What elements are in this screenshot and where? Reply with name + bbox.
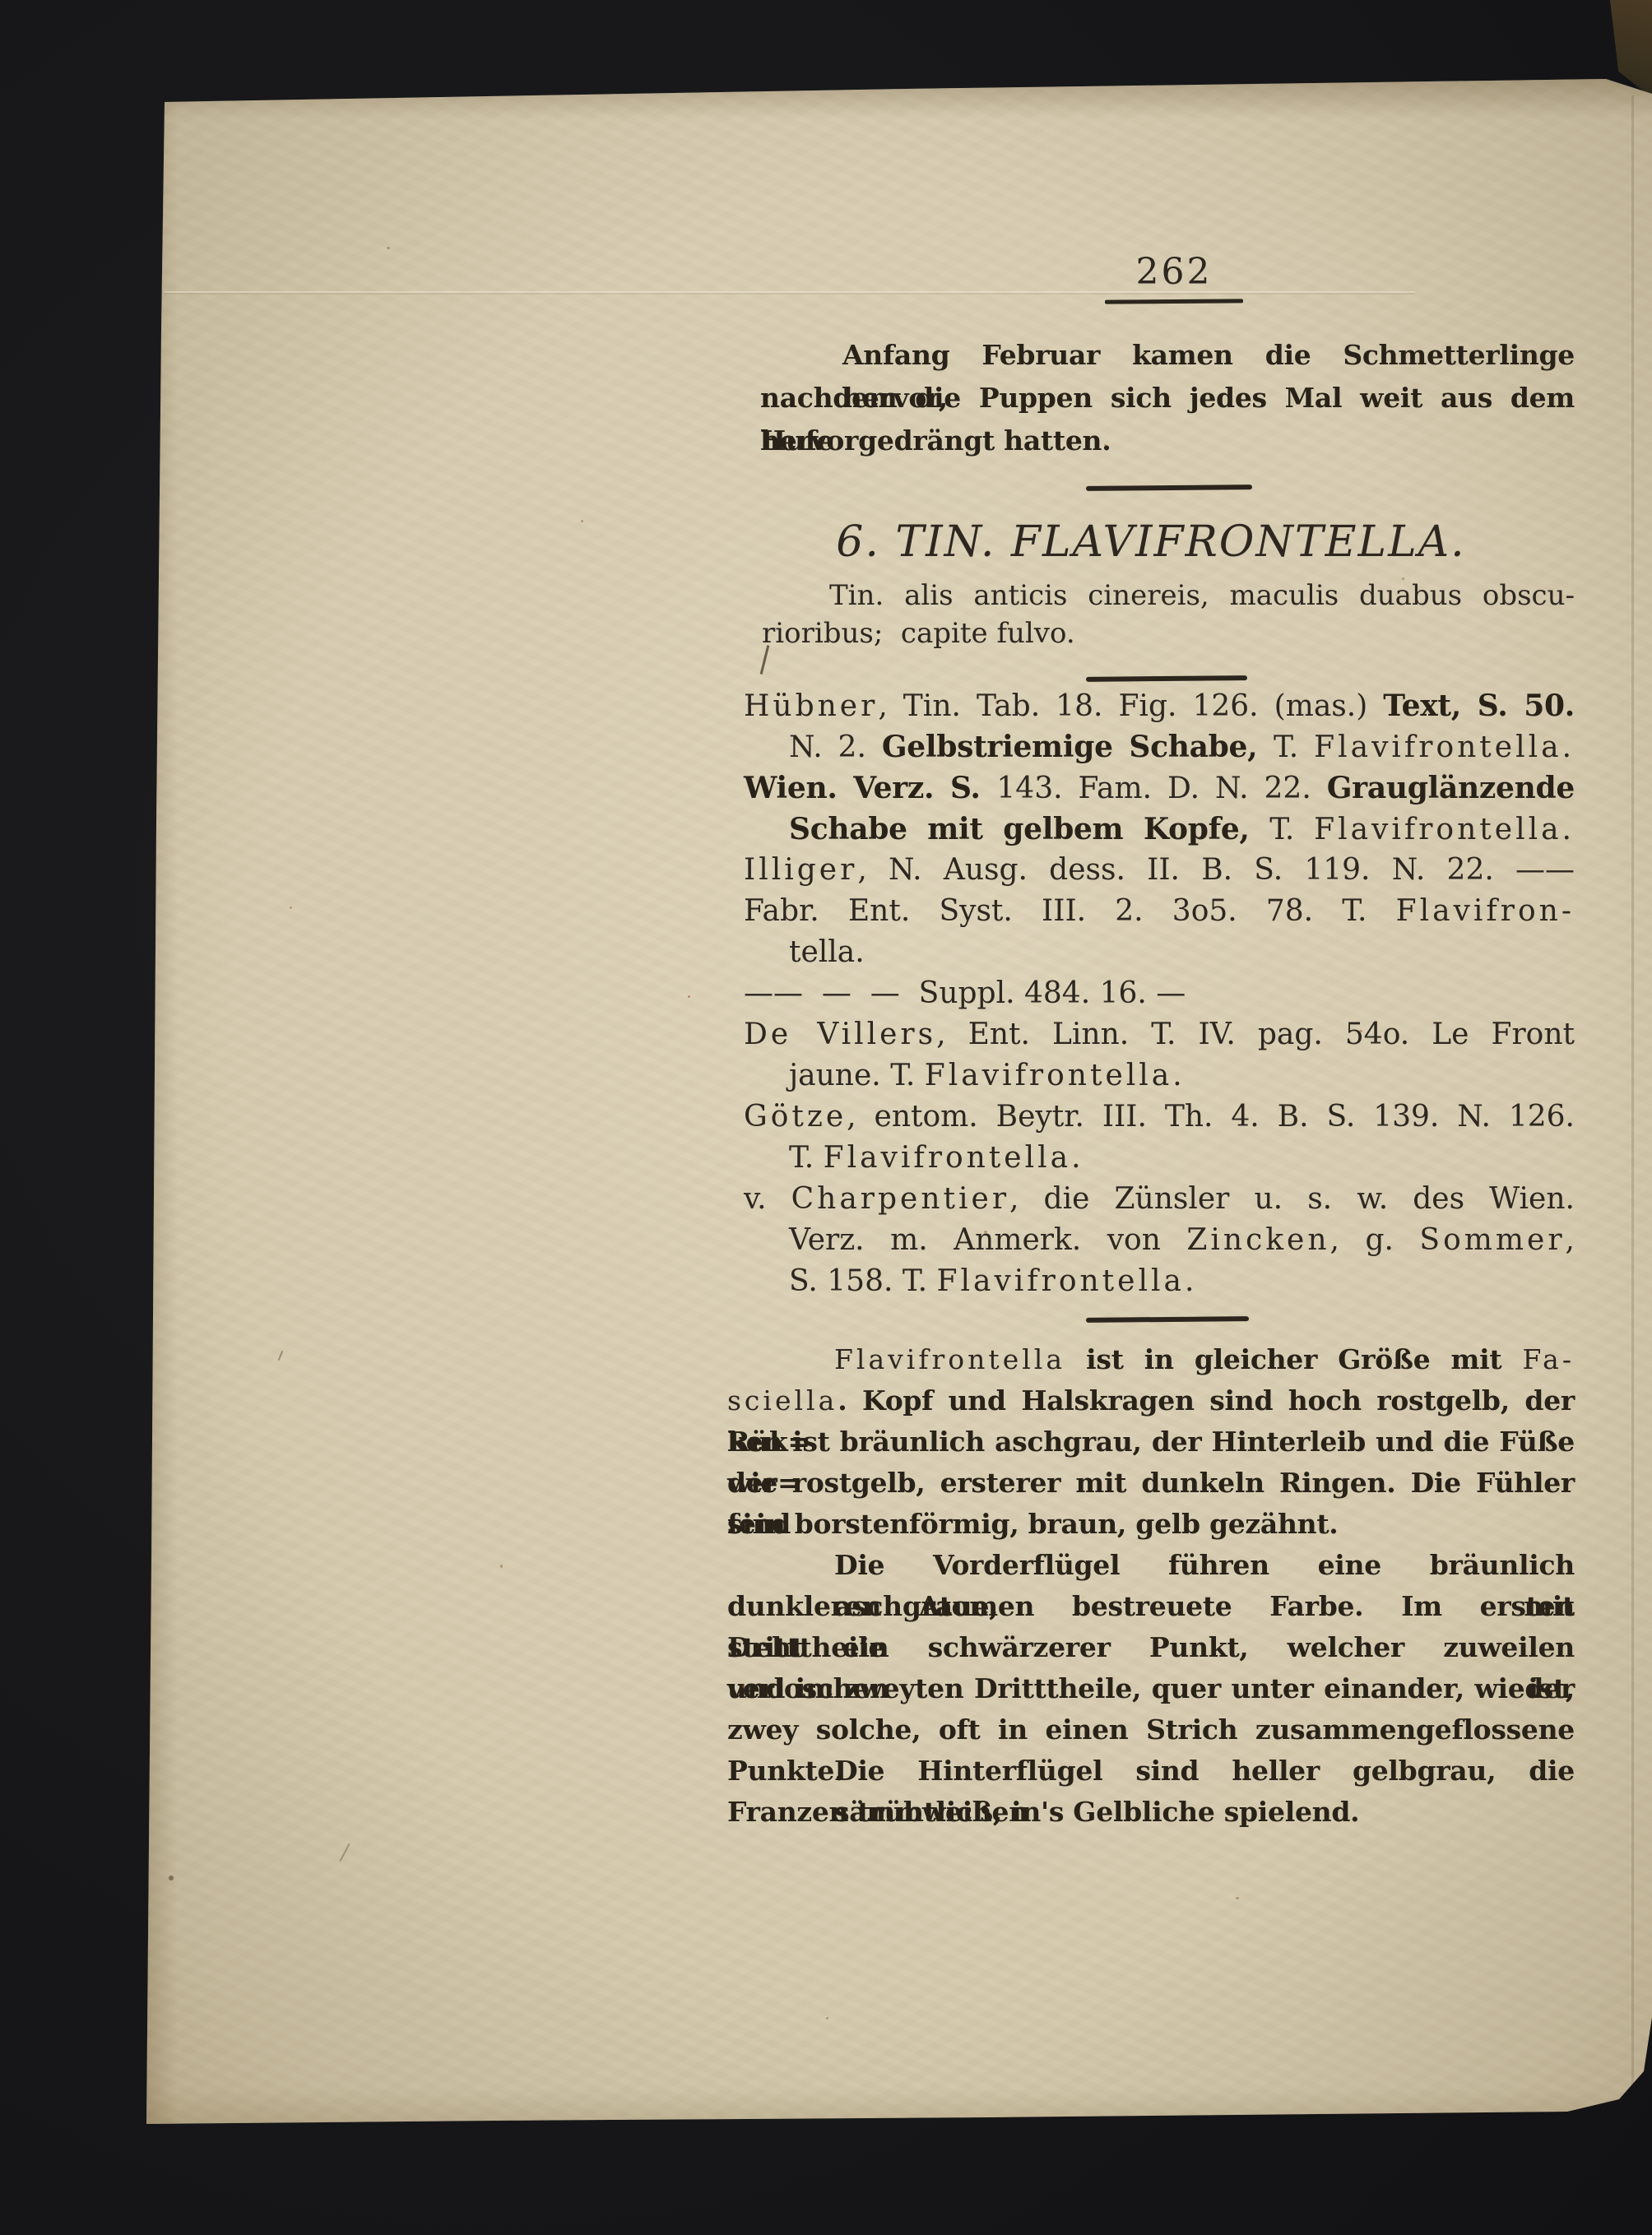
antiqua-text: , Ent. Linn. T. IV. pag. 54o. Le Front: [936, 1018, 1575, 1051]
text-line: und im zweyten Dritttheile, quer unter e…: [727, 1668, 1575, 1709]
scanned-book-photo: 262 Anfang Februar kamen die Schmetterli…: [0, 0, 1652, 2235]
spaced-name-text: Sommer: [1419, 1223, 1565, 1257]
antiqua-text: , entom. Beytr. III. Th. 4. B. S. 139. N…: [847, 1100, 1575, 1134]
text-line: zwey solche, oft in einen Strich zusamme…: [727, 1709, 1575, 1750]
text-line: Hübner, Tin. Tab. 18. Fig. 126. (mas.) T…: [744, 685, 1575, 726]
paper-speck: [742, 1685, 745, 1688]
text-line: Tin. alis anticis cinereis, maculis duab…: [762, 577, 1575, 614]
text-line: jaune. T. Flavifrontella.: [744, 1055, 1575, 1097]
description-paragraph: Die Vorderflügel führen eine bräunlich a…: [727, 1545, 1575, 1750]
page-edge-shadow: [1631, 95, 1634, 2094]
section-divider-rule: [1086, 1316, 1249, 1323]
antiqua-text: N. 2.: [789, 730, 882, 764]
text-line: Fabr. Ent. Syst. III. 2. 3o5. 78. T. Fla…: [744, 891, 1575, 932]
fraktur-text: Franzen trübweiß, in's Gelbliche spielen…: [727, 1796, 1359, 1828]
antiqua-text: tella.: [789, 935, 865, 969]
paper-speck: [1104, 444, 1107, 447]
page-number-underline: [1105, 299, 1243, 304]
paper-speck: [688, 995, 690, 998]
spaced-name-text: Charpentier: [791, 1182, 1009, 1216]
book-page: 262 Anfang Februar kamen die Schmetterli…: [0, 0, 1652, 2235]
paper-speck: [581, 520, 583, 522]
fraktur-text: Grauglänzende: [1327, 771, 1575, 805]
text-line: dunkleren Atomen bestreuete Farbe. Im er…: [727, 1586, 1575, 1627]
description-paragraph: Flavifrontella ist in gleicher Größe mit…: [727, 1339, 1575, 1545]
text-line: tella.: [744, 932, 1575, 973]
antiqua-text: rioribus; capite fulvo.: [762, 617, 1075, 650]
text-line: hervorgedrängt hatten.: [760, 420, 1575, 462]
paper-speck: [169, 1876, 174, 1880]
fraktur-text: hervorgedrängt hatten.: [760, 424, 1111, 457]
text-line: S. 158. T. Flavifrontella.: [744, 1261, 1575, 1302]
text-line: fein borstenförmig, braun, gelb gezähnt.: [727, 1504, 1575, 1545]
antiqua-text: 143. Fam. D. N. 22.: [996, 772, 1326, 805]
text-line: rioribus; capite fulvo.: [762, 614, 1575, 652]
text-line: steht ein schwärzerer Punkt, welcher zuw…: [727, 1627, 1575, 1668]
paper-speck: [500, 1565, 503, 1568]
fraktur-text: Schabe mit gelbem Kopfe,: [789, 812, 1269, 846]
antiqua-text: Tin. alis anticis cinereis, maculis duab…: [829, 579, 1575, 612]
antiqua-text: T.: [789, 1141, 824, 1175]
spaced-name-text: Flavifrontella: [834, 1343, 1065, 1375]
antiqua-text: jaune. T.: [789, 1059, 925, 1092]
text-line: Die Hinterflügel sind heller gelbgrau, d…: [727, 1750, 1575, 1792]
paper-speck: [387, 247, 390, 249]
antiqua-text: Fabr. Ent. Syst. III. 2. 3o5. 78. T.: [744, 894, 1396, 928]
spaced-name-text: Illiger: [744, 853, 857, 887]
text-line: N. 2. Gelbstriemige Schabe, T. Flavifron…: [744, 726, 1575, 767]
antiqua-text: , die Zünsler u. s. w. des Wien.: [1009, 1182, 1575, 1216]
text-line: Verz. m. Anmerk. von Zincken, g. Sommer,: [744, 1220, 1575, 1261]
section-divider-rule: [1086, 485, 1252, 491]
spaced-name-text: Götze: [744, 1100, 847, 1134]
spaced-name-text: Flavifrontella.: [1314, 730, 1575, 764]
text-line: sciella. Kopf und Halskragen sind hoch r…: [727, 1380, 1575, 1421]
spaced-name-text: Hübner: [744, 689, 878, 723]
antiqua-text: , Tin. Tab. 18. Fig. 126. (mas.): [878, 689, 1383, 723]
antiqua-text: ,: [1566, 1223, 1575, 1257]
text-line: Franzen trübweiß, in's Gelbliche spielen…: [727, 1792, 1575, 1833]
latin-diagnosis: Tin. alis anticis cinereis, maculis duab…: [727, 577, 1575, 652]
text-line: —— — — Suppl. 484. 16. —: [744, 973, 1575, 1014]
text-line: der rostgelb, ersterer mit dunkeln Ringe…: [727, 1463, 1575, 1504]
spaced-name-text: Flavifrontella.: [936, 1264, 1197, 1298]
section-divider-rule: [1086, 675, 1247, 682]
text-line: v. Charpentier, die Zünsler u. s. w. des…: [744, 1179, 1575, 1220]
antiqua-text: , g.: [1330, 1223, 1420, 1257]
fraktur-text: Wien. Verz. S.: [744, 771, 996, 805]
ink-mark: [278, 1351, 283, 1361]
text-line: Schabe mit gelbem Kopfe, T. Flavifrontel…: [744, 809, 1575, 850]
bibliography-list: Hübner, Tin. Tab. 18. Fig. 126. (mas.) T…: [727, 685, 1575, 1302]
paper-speck: [1359, 1030, 1362, 1032]
ink-mark: [339, 1843, 350, 1862]
spaced-name-text: Zincken: [1186, 1223, 1329, 1257]
antiqua-text: , N. Ausg. dess. II. B. S. 119. N. 22. —…: [857, 853, 1575, 887]
text-line: ken ist bräunlich aschgrau, der Hinterle…: [727, 1421, 1575, 1463]
text-line: Die Vorderflügel führen eine bräunlich a…: [727, 1545, 1575, 1586]
text-line: Illiger, N. Ausg. dess. II. B. S. 119. N…: [744, 850, 1575, 891]
paper-speck: [1402, 577, 1404, 580]
intro-paragraph: Anfang Februar kamen die Schmetterlinge …: [727, 334, 1575, 462]
spaced-name-text: sciella: [727, 1384, 838, 1417]
antiqua-text: Verz. m. Anmerk. von: [789, 1223, 1186, 1257]
spaced-name-text: Flavifron-: [1396, 894, 1575, 928]
antiqua-text: T.: [1274, 730, 1314, 764]
antiqua-text: —— — — Suppl. 484. 16. —: [744, 976, 1186, 1010]
fraktur-text: Gelbstriemige Schabe,: [882, 730, 1274, 764]
text-line: T. Flavifrontella.: [744, 1138, 1575, 1179]
fraktur-text: Text, S. 50.: [1383, 689, 1575, 723]
antiqua-text: v.: [744, 1182, 791, 1216]
text-line: nachdem die Puppen sich jedes Mal weit a…: [760, 377, 1575, 420]
page-number: 262: [1092, 251, 1256, 294]
spaced-name-text: De Villers: [744, 1018, 936, 1051]
text-line: Götze, entom. Beytr. III. Th. 4. B. S. 1…: [744, 1097, 1575, 1138]
text-line: Wien. Verz. S. 143. Fam. D. N. 22. Graug…: [744, 767, 1575, 809]
spaced-name-text: Flavifrontella.: [824, 1141, 1084, 1175]
antiqua-text: S. 158. T.: [789, 1264, 936, 1298]
text-line: Flavifrontella ist in gleicher Größe mit…: [727, 1339, 1575, 1380]
paper-speck: [826, 2017, 828, 2019]
spaced-name-text: Fa-: [1523, 1343, 1575, 1375]
fraktur-text: und im zweyten Dritttheile, quer unter e…: [727, 1672, 1575, 1704]
paper-speck: [1236, 1897, 1239, 1899]
antiqua-text: T.: [1269, 813, 1314, 846]
spaced-name-text: Flavifrontella.: [1314, 813, 1575, 846]
paper-speck: [984, 1231, 987, 1233]
paper-speck: [995, 701, 998, 703]
description-paragraph: Die Hinterflügel sind heller gelbgrau, d…: [727, 1750, 1575, 1833]
paper-speck: [290, 907, 292, 909]
text-line: De Villers, Ent. Linn. T. IV. pag. 54o. …: [744, 1014, 1575, 1055]
spaced-name-text: Flavifrontella.: [925, 1059, 1186, 1092]
fraktur-text: fein borstenförmig, braun, gelb gezähnt.: [727, 1508, 1338, 1540]
text-line: Anfang Februar kamen die Schmetterlinge …: [760, 334, 1575, 377]
species-heading: 6. TIN. FLAVIFRONTELLA.: [727, 515, 1575, 569]
fraktur-text: ist in gleicher Größe mit: [1065, 1343, 1523, 1375]
